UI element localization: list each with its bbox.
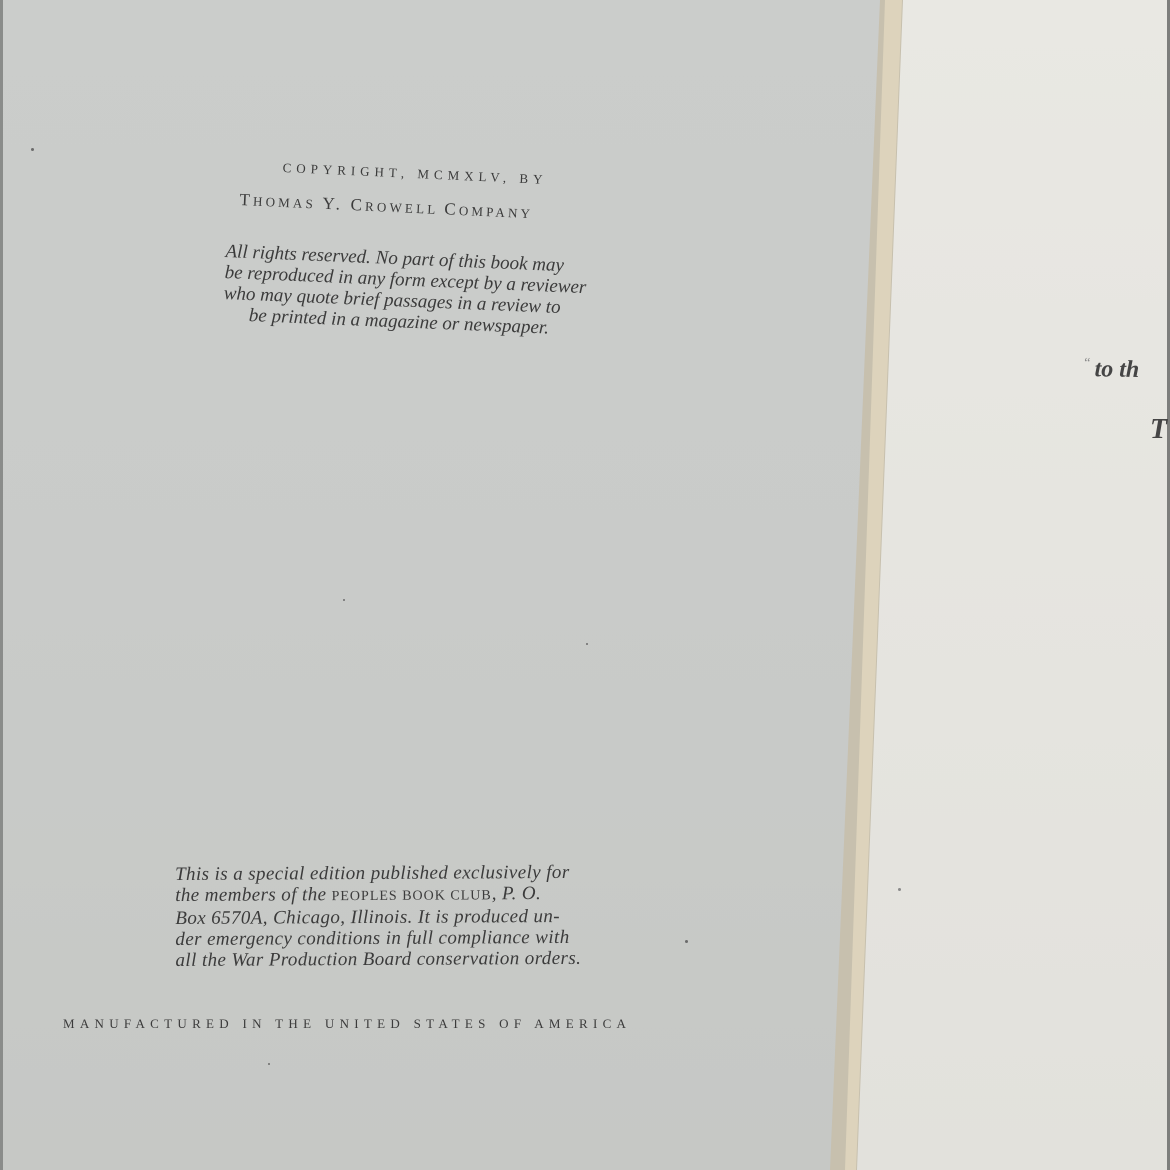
publisher-smallcaps: ROWELL <box>365 199 445 218</box>
paper-speck <box>31 148 34 151</box>
edition-text: , P. O. <box>492 883 542 904</box>
paper-speck <box>685 940 688 943</box>
edition-line: This is a special edition published excl… <box>175 862 581 885</box>
edition-line: the members of the PEOPLES BOOK CLUB, P.… <box>175 883 581 908</box>
book-club-name: PEOPLES BOOK CLUB <box>332 888 492 904</box>
book-spread: COPYRIGHT, MCMXLV, BY THOMAS Y. CROWELL … <box>0 0 1170 1170</box>
publisher-initial: C <box>444 199 459 219</box>
rights-reserved-notice: All rights reserved. No part of this boo… <box>222 241 587 340</box>
paper-speck <box>586 643 588 645</box>
edition-text: the members of the <box>175 884 332 906</box>
paper-speck <box>268 1063 270 1065</box>
edition-line: Box 6570A, Chicago, Illinois. It is prod… <box>175 906 581 929</box>
edition-line: all the War Production Board conservatio… <box>175 948 581 971</box>
publisher-smallcaps: OMPANY <box>459 203 534 221</box>
manufactured-in-line: MANUFACTURED IN THE UNITED STATES OF AME… <box>63 1016 631 1032</box>
publisher-initial: C <box>350 195 365 215</box>
dedication-text: “to th <box>1083 356 1140 384</box>
special-edition-notice: This is a special edition published excl… <box>175 862 581 971</box>
edition-line: der emergency conditions in full complia… <box>175 927 581 950</box>
dedication-words: to th <box>1094 356 1139 383</box>
publisher-middle: Y. <box>322 194 351 214</box>
paper-speck <box>898 888 901 891</box>
publisher-smallcaps: HOMAS <box>253 194 323 212</box>
dedication-initial: T <box>1150 414 1167 446</box>
left-edge-shadow <box>0 0 3 1170</box>
quote-mark: “ <box>1083 356 1091 371</box>
publisher-initial: T <box>239 190 253 210</box>
paper-speck <box>343 599 345 601</box>
